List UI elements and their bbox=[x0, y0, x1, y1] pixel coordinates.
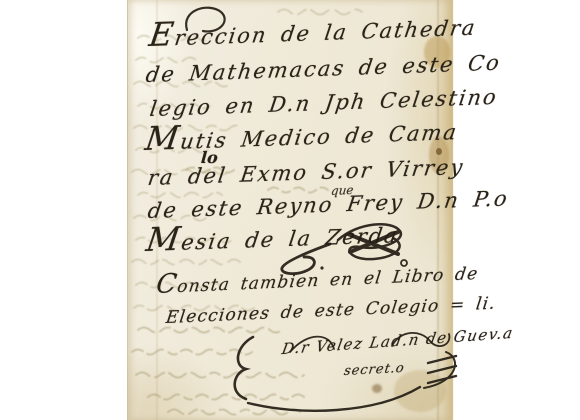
manuscript-photo: Ereccion de la Cathedra de Mathemacas de… bbox=[0, 0, 580, 420]
interline-insertion: lo bbox=[200, 148, 218, 167]
ink-speck bbox=[372, 384, 382, 393]
interline-insertion: que bbox=[330, 183, 354, 198]
